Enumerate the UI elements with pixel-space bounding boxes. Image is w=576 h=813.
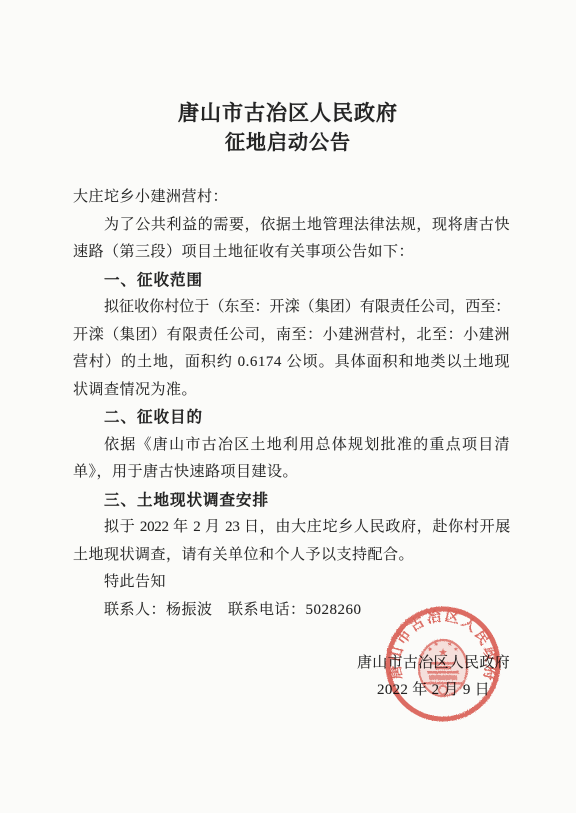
- svg-text:★: ★: [447, 641, 452, 648]
- body-line: 拟于 2022 年 2 月 23 日，由大庄坨乡人民政府，赴你村开展: [73, 514, 510, 542]
- title-line-2: 征地启动公告: [0, 130, 576, 156]
- body-line: 开滦（集团）有限责任公司，南至：小建洲营村，北至：小建洲: [73, 322, 510, 350]
- scanned-notice-page: 唐山市古冶区人民政府 征地启动公告 大庄坨乡小建洲营村： 为了公共利益的需要，依…: [0, 0, 576, 813]
- body-line: 单》，用于唐古快速路项目建设。: [73, 459, 510, 487]
- section-heading-2: 二、征收目的: [73, 404, 510, 432]
- body-line: 依据《唐山市古冶区土地利用总体规划批准的重点项目清: [73, 432, 510, 460]
- contact-line: 联系人：杨振波 联系电话：5028260: [73, 597, 510, 625]
- salutation: 大庄坨乡小建洲营村：: [73, 184, 510, 212]
- section-heading-3: 三、土地现状调查安排: [73, 487, 510, 515]
- body-line: 土地现状调查，请有关单位和个人予以支持配合。: [73, 542, 510, 570]
- document-title: 唐山市古冶区人民政府 征地启动公告: [0, 100, 576, 156]
- body-line: 速路（第三段）项目土地征收有关事项公告如下：: [73, 239, 510, 267]
- signature-block: 唐山市古冶区人民政府 2022 年 2 月 9 日: [357, 650, 510, 704]
- document-body: 大庄坨乡小建洲营村： 为了公共利益的需要，依据土地管理法律法规，现将唐古快 速路…: [73, 184, 510, 624]
- signature-date: 2022 年 2 月 9 日: [357, 676, 510, 704]
- body-line: 为了公共利益的需要，依据土地管理法律法规，现将唐古快: [73, 212, 510, 240]
- title-line-1: 唐山市古冶区人民政府: [0, 100, 576, 126]
- body-line: 营村）的土地，面积约 0.6174 公顷。具体面积和地类以土地现: [73, 349, 510, 377]
- section-heading-1: 一、征收范围: [73, 267, 510, 295]
- body-line: 拟征收你村位于（东至：开滦（集团）有限责任公司，西至：: [73, 294, 510, 322]
- signature-issuer: 唐山市古冶区人民政府: [357, 650, 510, 676]
- closing-note: 特此告知: [73, 569, 510, 597]
- svg-text:★: ★: [433, 641, 438, 648]
- body-line: 状调查情况为准。: [73, 377, 510, 405]
